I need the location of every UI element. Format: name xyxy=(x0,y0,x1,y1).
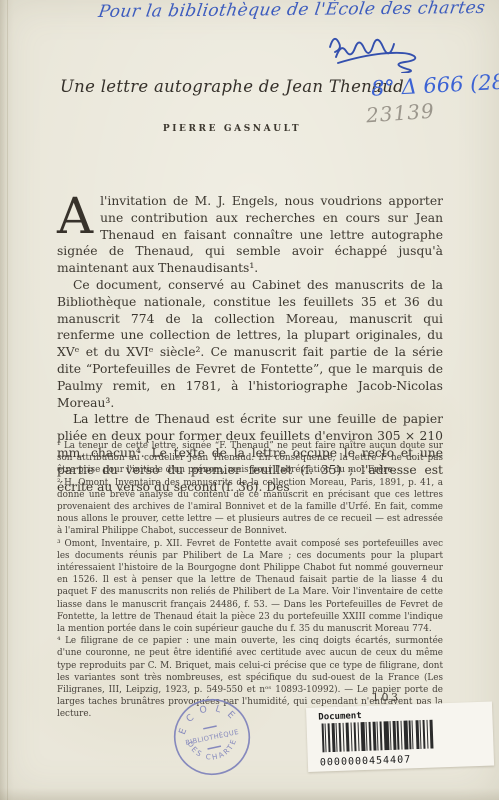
drop-cap: A xyxy=(57,193,100,237)
scanned-page: Pour la bibliothèque de l'École des char… xyxy=(0,0,499,800)
paragraph-1: Al'invitation de M. J. Engels, nous voud… xyxy=(57,193,443,277)
paragraph-2: Ce document, conservé au Cabinet des man… xyxy=(57,277,443,411)
signature-flourish-stroke xyxy=(338,53,415,73)
footnote-1: ¹ La teneur de cette lettre, signée “F. … xyxy=(57,440,443,477)
footnote-3: ³ Omont, Inventaire, p. XII. Fevret de F… xyxy=(57,538,443,636)
article-author: PIERRE GASNAULT xyxy=(57,124,407,134)
handwritten-signature-scribble xyxy=(320,29,428,73)
paragraph-1-text: l'invitation de M. J. Engels, nous voudr… xyxy=(57,194,443,275)
signature-name-stroke xyxy=(336,40,394,57)
article-title: Une lettre autographe de Jean Thenaud xyxy=(57,77,407,96)
footnotes-block: ¹ La teneur de cette lettre, signée “F. … xyxy=(57,440,443,721)
barcode-number: 0000000454407 xyxy=(320,751,494,768)
barcode xyxy=(319,719,438,752)
footnote-2: ² H. Omont, Inventaire des manuscrits de… xyxy=(57,477,443,538)
library-stamp: ECOLE BIBLIOTHÈQUE DES CHARTES xyxy=(154,679,270,795)
handwritten-dedication: Pour la bibliothèque de l'École des char… xyxy=(97,0,481,22)
barcode-label: Document 0000000454407 xyxy=(306,702,494,772)
handwritten-shelfmark: 8° Δ 666 (28) xyxy=(370,69,499,100)
page-number: 103 xyxy=(372,691,412,704)
page-fold-line xyxy=(7,0,8,800)
